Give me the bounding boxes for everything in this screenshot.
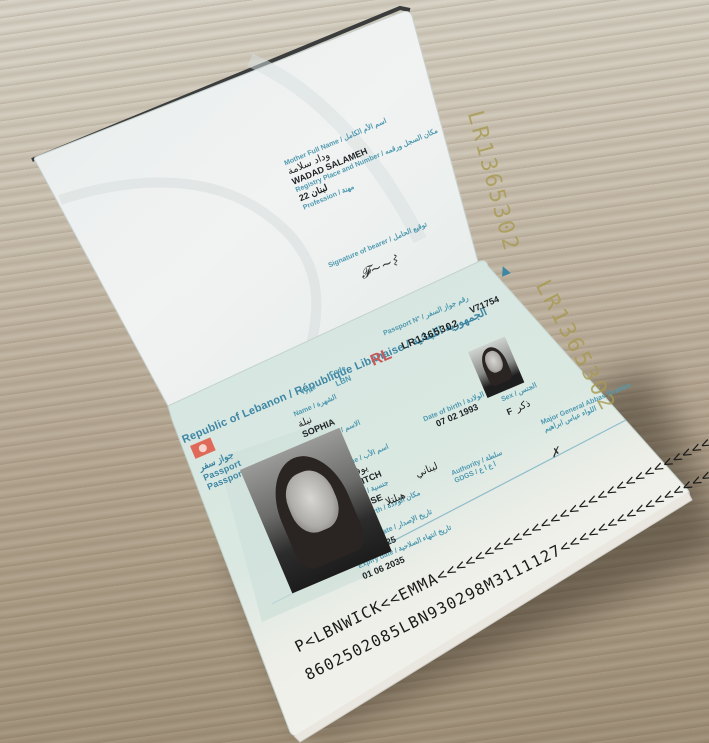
- passport: Mother Full Name / اسم الأم الكامل وداد …: [0, 0, 709, 743]
